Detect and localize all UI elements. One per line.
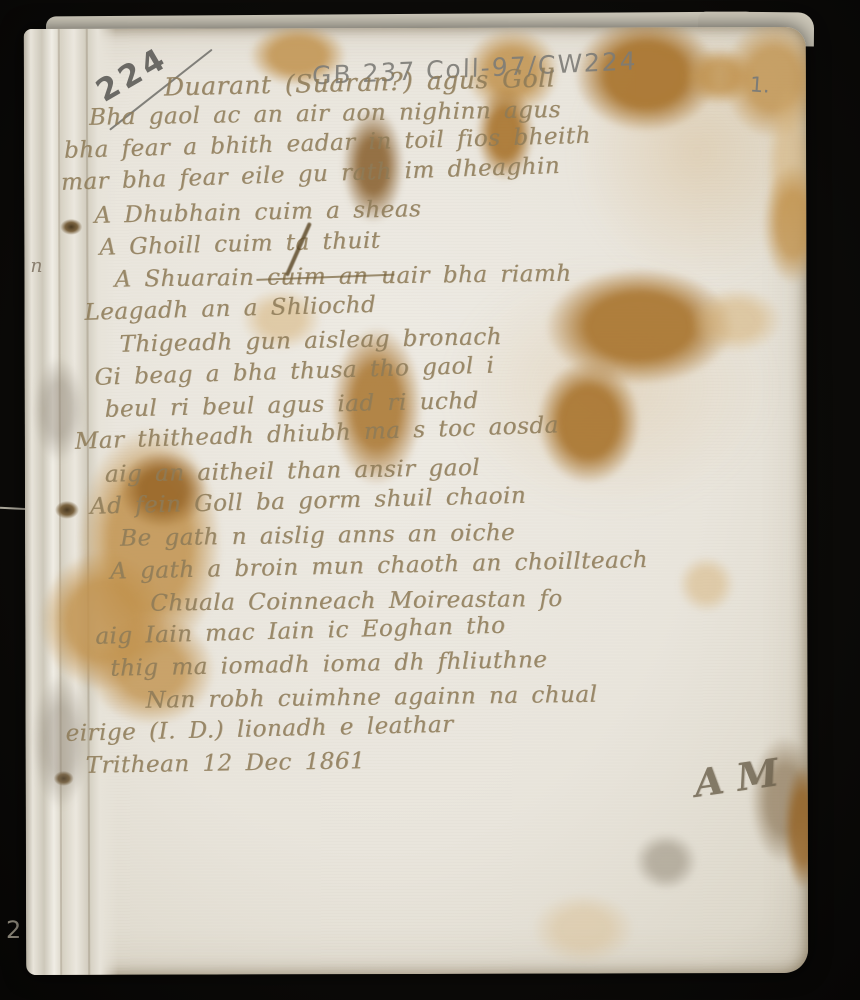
manuscript-page: 224 GB 237 Coll-97/CW224 1. n Duarant (S… — [24, 27, 808, 975]
margin-mark: n — [30, 255, 42, 277]
stain — [784, 765, 809, 890]
margin-mark: 2 — [6, 916, 21, 944]
photograph-background: 2 224 — [0, 0, 860, 1000]
stain — [531, 892, 635, 964]
manuscript-lines: Duarant (Suaran?) agus GollBha gaol ac a… — [58, 71, 780, 785]
stain — [634, 832, 698, 890]
